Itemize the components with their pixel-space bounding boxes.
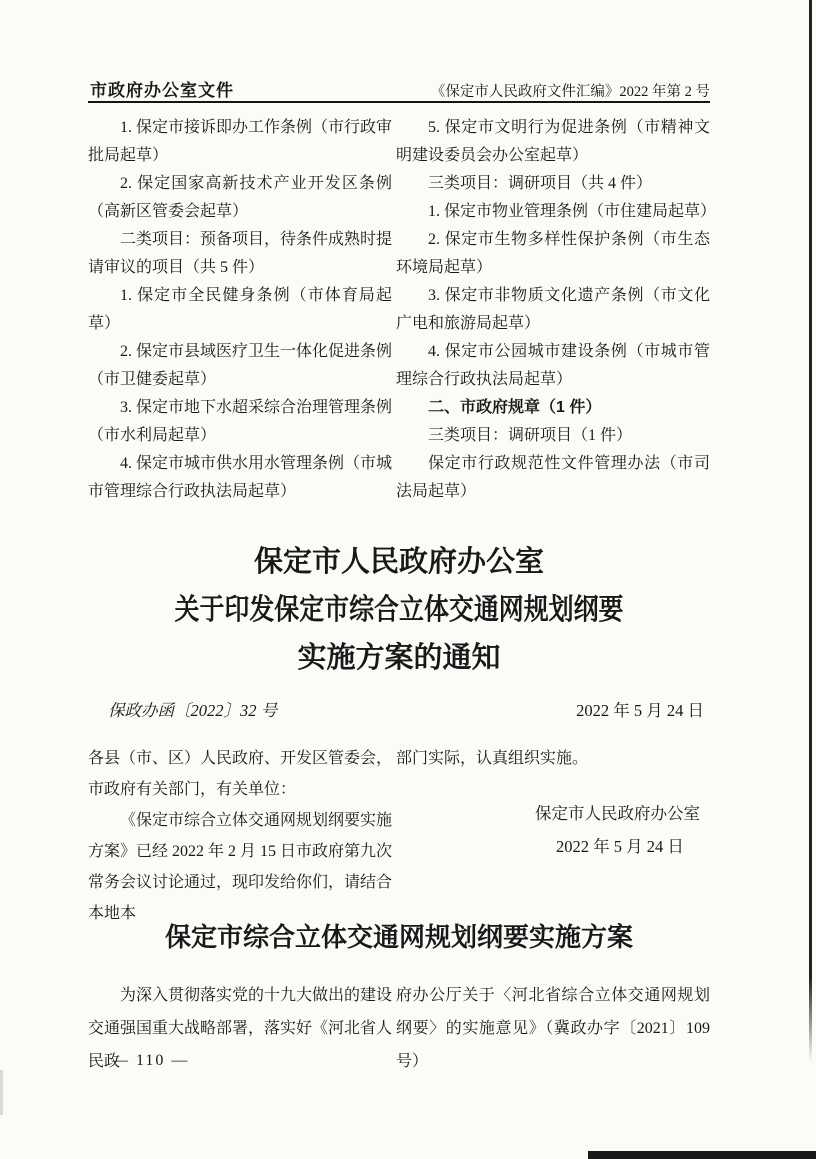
list-item: 1. 保定市接诉即办工作条例（市行政审批局起草） <box>88 114 392 170</box>
scan-artifact-bottom-band <box>588 1151 816 1159</box>
list-item: 4. 保定市城市供水用水管理条例（市城市管理综合行政执法局起草） <box>88 450 392 506</box>
page-number: — 110 — <box>112 1052 189 1070</box>
list-item: 4. 保定市公园城市建设条例（市城市管理综合行政执法局起草） <box>396 338 710 394</box>
legislation-list-right-column: 5. 保定市文明行为促进条例（市精神文明建设委员会办公室起草） 三类项目：调研项… <box>396 114 710 506</box>
list-item: 1. 保定市物业管理条例（市住建局起草） <box>396 198 710 226</box>
list-item: 三类项目：调研项目（1 件） <box>396 422 710 450</box>
list-item: 3. 保定市地下水超采综合治理管理条例（市水利局起草） <box>88 394 392 450</box>
document-number: 保政办函〔2022〕32 号 <box>88 697 277 721</box>
list-item: 2. 保定市生物多样性保护条例（市生态环境局起草） <box>396 226 710 282</box>
list-item: 2. 保定国家高新技术产业开发区条例（高新区管委会起草） <box>88 170 392 226</box>
header-compilation-issue: 《保定市人民政府文件汇编》2022 年第 2 号 <box>431 80 710 101</box>
list-item: 2. 保定市县域医疗卫生一体化促进条例（市卫健委起草） <box>88 338 392 394</box>
notice-salutation: 各县（市、区）人民政府、开发区管委会，市政府有关部门，有关单位： <box>88 743 392 805</box>
plan-paragraph-continuation: 府办公厅关于〈河北省综合立体交通网规划纲要〉的实施意见》（冀政办字〔2021〕1… <box>396 979 710 1078</box>
notice-paragraph: 《保定市综合立体交通网规划纲要实施方案》已经 2022 年 2 月 15 日市政… <box>88 805 392 929</box>
section-heading-regulations: 二、市政府规章（1 件） <box>396 394 710 422</box>
notice-paragraph-continuation: 部门实际，认真组织实施。 <box>396 743 710 774</box>
list-item: 5. 保定市文明行为促进条例（市精神文明建设委员会办公室起草） <box>396 114 710 170</box>
document-reference-row: 保政办函〔2022〕32 号 2022 年 5 月 24 日 <box>88 697 710 721</box>
plan-body-right-column: 府办公厅关于〈河北省综合立体交通网规划纲要〉的实施意见》（冀政办字〔2021〕1… <box>396 979 710 1078</box>
document-page: 市政府办公室文件 《保定市人民政府文件汇编》2022 年第 2 号 1. 保定市… <box>0 0 816 1159</box>
notice-title-line2: 关于印发保定市综合立体交通网规划纲要 <box>88 586 710 634</box>
notice-title-line1: 保定市人民政府办公室 <box>88 538 710 586</box>
signature-organization: 保定市人民政府办公室 <box>535 800 700 824</box>
list-item: 保定市行政规范性文件管理办法（市司法局起草） <box>396 450 710 506</box>
signature-date: 2022 年 5 月 24 日 <box>556 833 684 857</box>
notice-title: 保定市人民政府办公室 关于印发保定市综合立体交通网规划纲要 实施方案的通知 <box>88 538 710 682</box>
notice-body-left-column: 各县（市、区）人民政府、开发区管委会，市政府有关部门，有关单位： 《保定市综合立… <box>88 743 392 929</box>
header-document-type: 市政府办公室文件 <box>90 76 234 101</box>
list-item: 3. 保定市非物质文化遗产条例（市文化广电和旅游局起草） <box>396 282 710 338</box>
legislation-list-left-column: 1. 保定市接诉即办工作条例（市行政审批局起草） 2. 保定国家高新技术产业开发… <box>88 114 392 506</box>
notice-body-right-column: 部门实际，认真组织实施。 <box>396 743 710 774</box>
scan-artifact-left-smudge <box>0 1070 3 1115</box>
document-date: 2022 年 5 月 24 日 <box>576 697 710 721</box>
scan-artifact-right-edge <box>809 0 812 1062</box>
notice-title-line3: 实施方案的通知 <box>88 634 710 682</box>
list-item: 二类项目：预备项目，待条件成熟时提请审议的项目（共 5 件） <box>88 226 392 282</box>
plan-title: 保定市综合立体交通网规划纲要实施方案 <box>88 917 710 954</box>
header-divider <box>88 101 710 103</box>
list-item: 1. 保定市全民健身条例（市体育局起草） <box>88 282 392 338</box>
list-item: 三类项目：调研项目（共 4 件） <box>396 170 710 198</box>
